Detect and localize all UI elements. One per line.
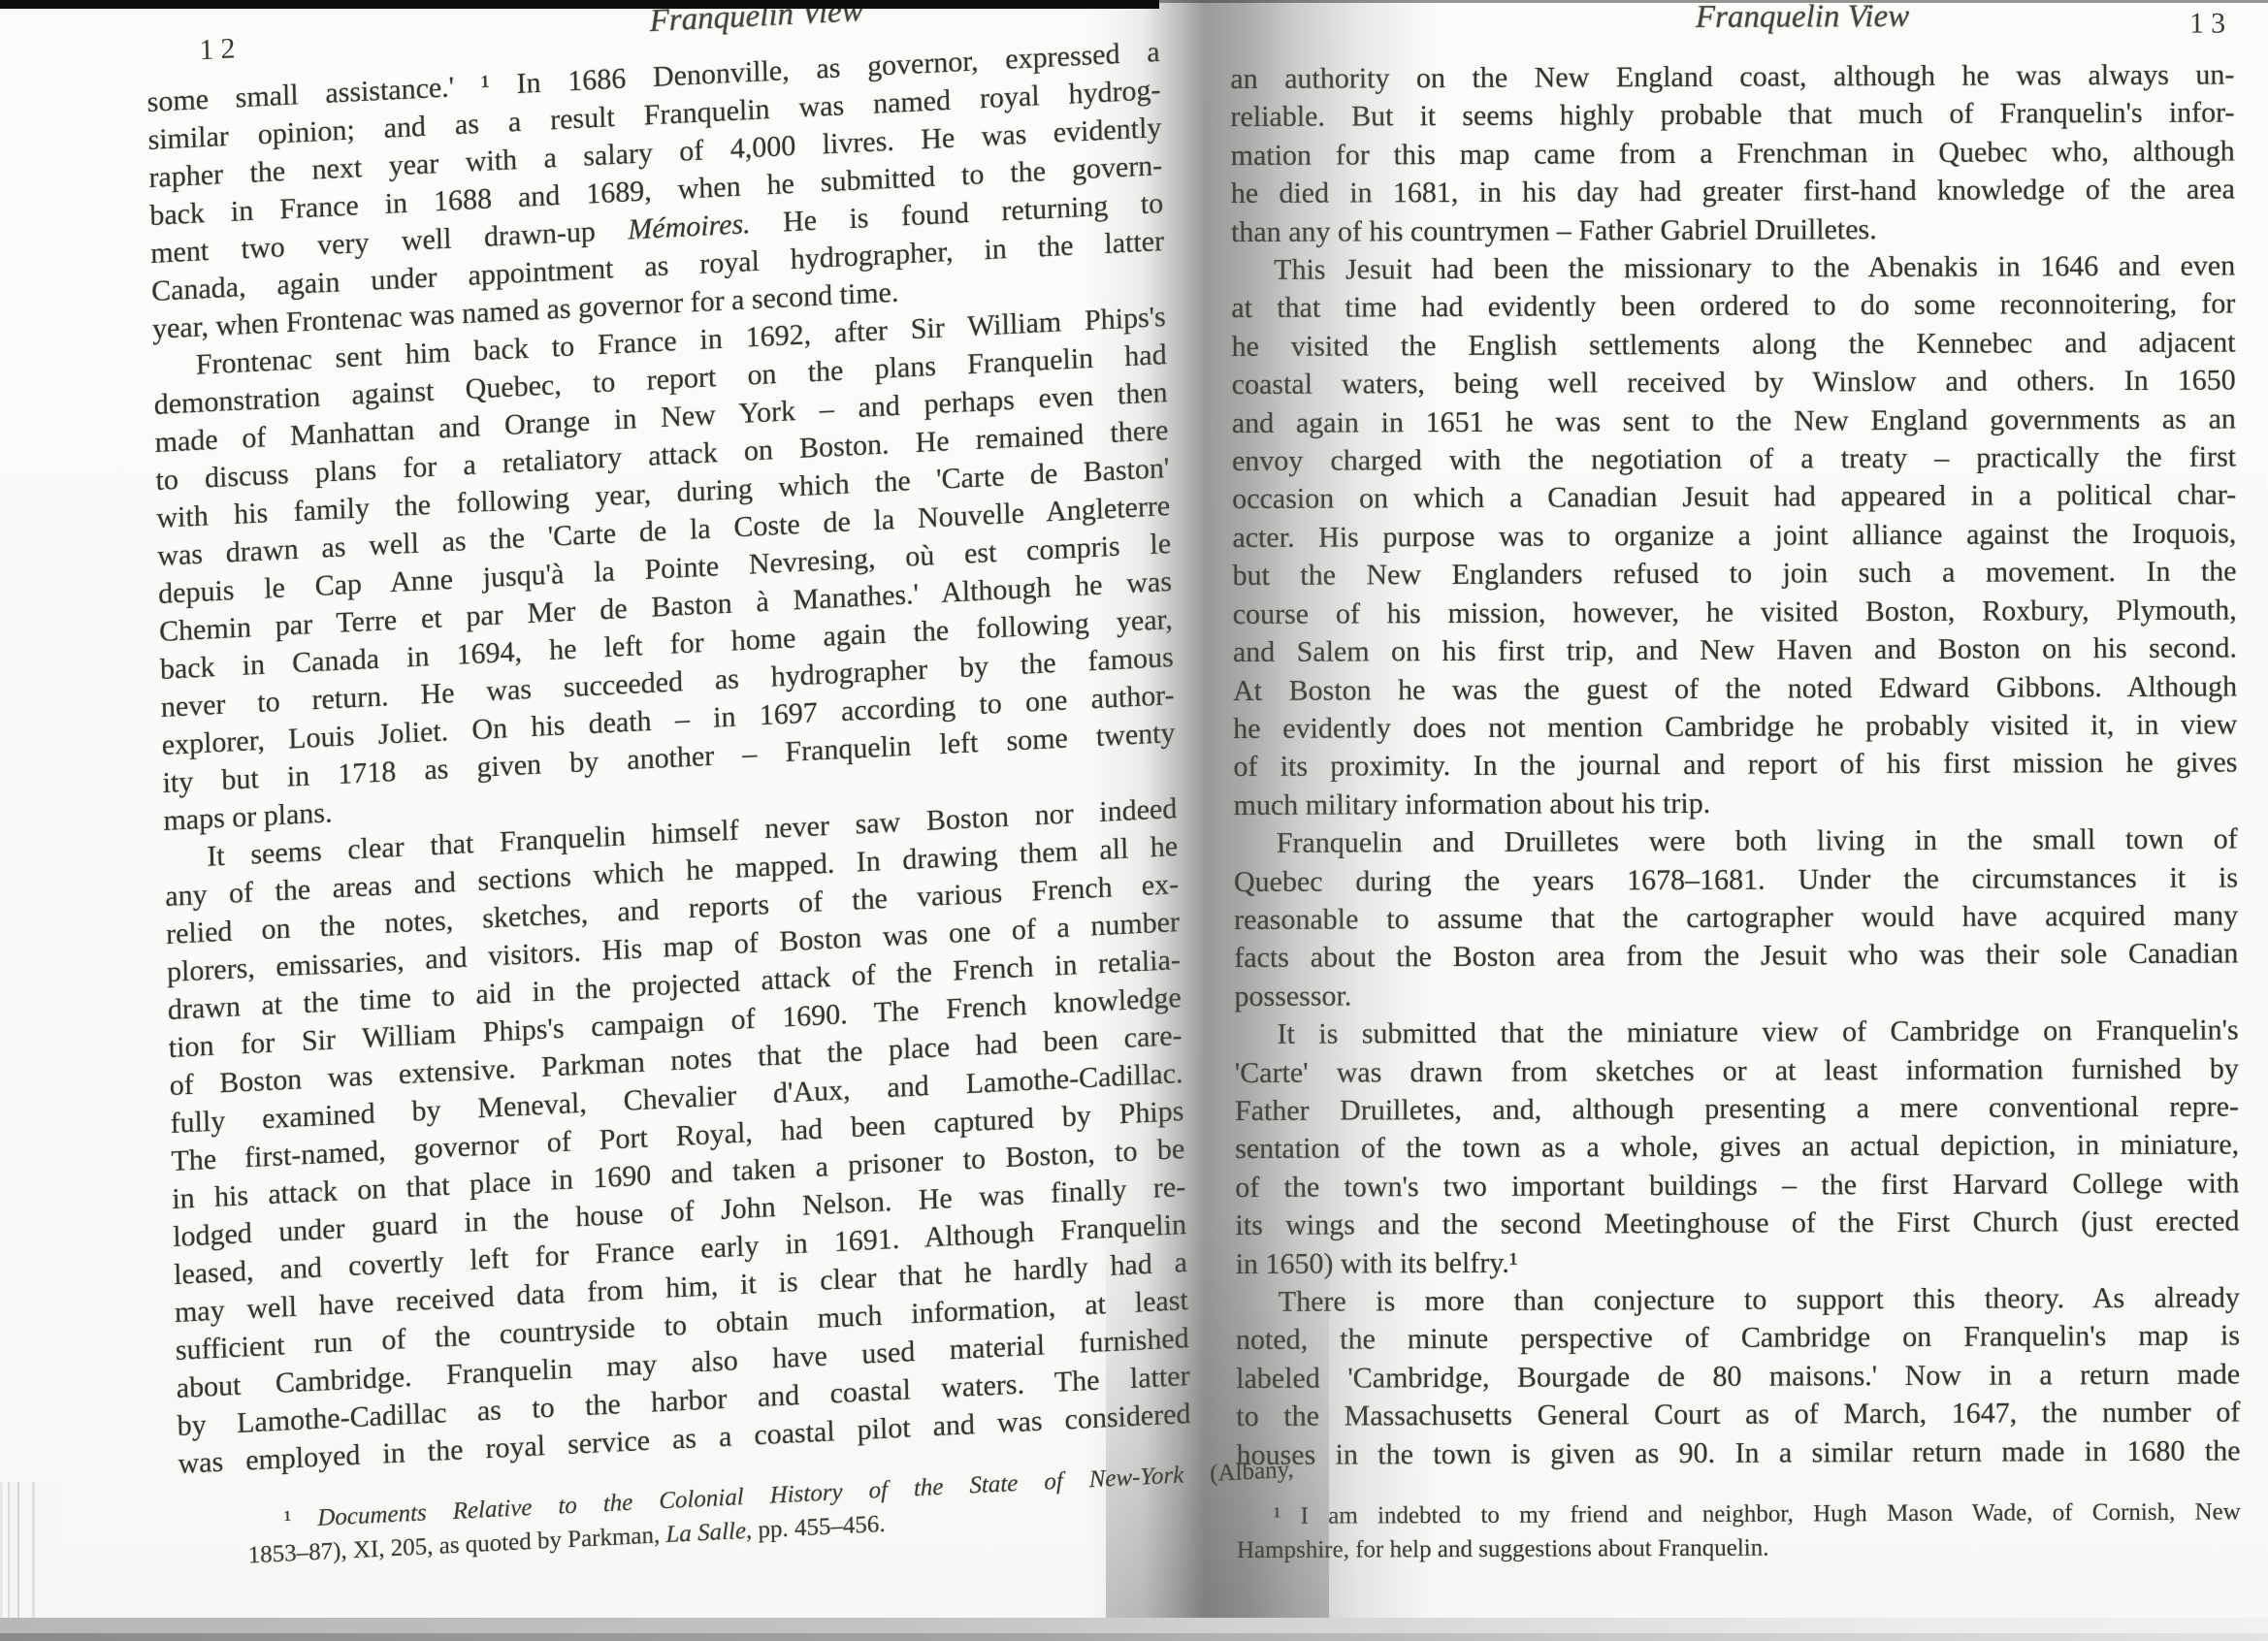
text-line: It is submitted that the miniature view … (1235, 1012, 2239, 1054)
text-line: its wings and the second Meetinghouse of… (1235, 1203, 2239, 1245)
text-line: he died in 1681, in his day had greater … (1231, 171, 2235, 213)
text-line: envoy charged with the negotiation of a … (1232, 438, 2236, 481)
text-line: facts about the Boston area from the Jes… (1234, 935, 2238, 978)
left-page-body: some small assistance.' ¹ In 1686 Denonv… (146, 33, 1191, 1483)
scan-edge-top (0, 0, 1159, 9)
text-line: reliable. But it seems highly probable t… (1230, 94, 2234, 137)
left-page: 12 Franquelin View some small assistance… (146, 0, 1193, 1576)
scan-edge-top-faint (1159, 0, 2268, 3)
text-line: acter. His purpose was to organize a joi… (1232, 514, 2236, 557)
text-line: Hampshire, for help and suggestions abou… (1237, 1529, 2241, 1568)
text-line: ¹ I am indebted to my friend and neighbo… (1237, 1496, 2241, 1534)
text-line: course of his mission, however, he visit… (1233, 591, 2237, 633)
text-line: There is more than conjecture to support… (1236, 1278, 2240, 1321)
text-line: and Salem on his first trip, and New Hav… (1233, 629, 2237, 672)
text-line: occasion on which a Canadian Jesuit had … (1232, 476, 2236, 519)
text-line: coastal waters, being well received by W… (1232, 362, 2236, 404)
text-line: sentation of the town as a whole, gives … (1235, 1126, 2239, 1169)
text-line: 'Carte' was drawn from sketches or at le… (1235, 1049, 2239, 1092)
text-line: Quebec during the years 1678–1681. Under… (1234, 858, 2238, 901)
text-line: Franquelin and Druilletes were both livi… (1234, 820, 2238, 863)
text-line: in 1650) with its belfry.¹ (1236, 1240, 2240, 1283)
text-line: houses in the town is given as 90. In a … (1236, 1432, 2240, 1474)
text-line: than any of his countrymen – Father Gabr… (1231, 209, 2235, 251)
text-line: much military information about his trip… (1234, 782, 2238, 824)
text-line: at that time had evidently been ordered … (1231, 285, 2235, 328)
right-page-number: 13 (2189, 7, 2232, 40)
text-line: of the town's two important buildings – … (1235, 1164, 2239, 1207)
text-line: labeled 'Cambridge, Bourgade de 80 maiso… (1236, 1355, 2240, 1398)
right-page-header: Franquelin View 13 (1230, 0, 2234, 47)
right-running-title: Franquelin View (1540, 0, 2064, 37)
right-page: Franquelin View 13 an authority on the N… (1230, 0, 2241, 1567)
text-line: an authority on the New England coast, a… (1230, 55, 2234, 98)
scan-edge-bottom-line (0, 1633, 2268, 1641)
text-line: and again in 1651 he was sent to the New… (1232, 400, 2236, 442)
left-page-number: 12 (199, 32, 243, 67)
right-page-footnote: ¹ I am indebted to my friend and neighbo… (1237, 1496, 2241, 1568)
text-line: At Boston he was the guest of the noted … (1233, 667, 2237, 710)
text-line: of its proximity. In the journal and rep… (1233, 744, 2237, 787)
text-line: mation for this map came from a Frenchma… (1231, 132, 2235, 175)
text-line: but the New Englanders refused to join s… (1232, 553, 2236, 595)
text-line: possessor. (1234, 973, 2238, 1015)
text-line: he visited the English settlements along… (1231, 323, 2235, 366)
text-line: This Jesuit had been the missionary to t… (1231, 247, 2235, 290)
text-line: Father Druilletes, and, although present… (1235, 1087, 2239, 1130)
text-line: noted, the minute perspective of Cambrid… (1236, 1317, 2240, 1360)
book-scan: 12 Franquelin View some small assistance… (0, 0, 2268, 1641)
text-line: he evidently does not mention Cambridge … (1233, 705, 2237, 748)
right-page-body: an authority on the New England coast, a… (1230, 55, 2240, 1474)
text-line: to the Massachusetts General Court as of… (1236, 1394, 2240, 1436)
text-line: reasonable to assume that the cartograph… (1234, 896, 2238, 939)
